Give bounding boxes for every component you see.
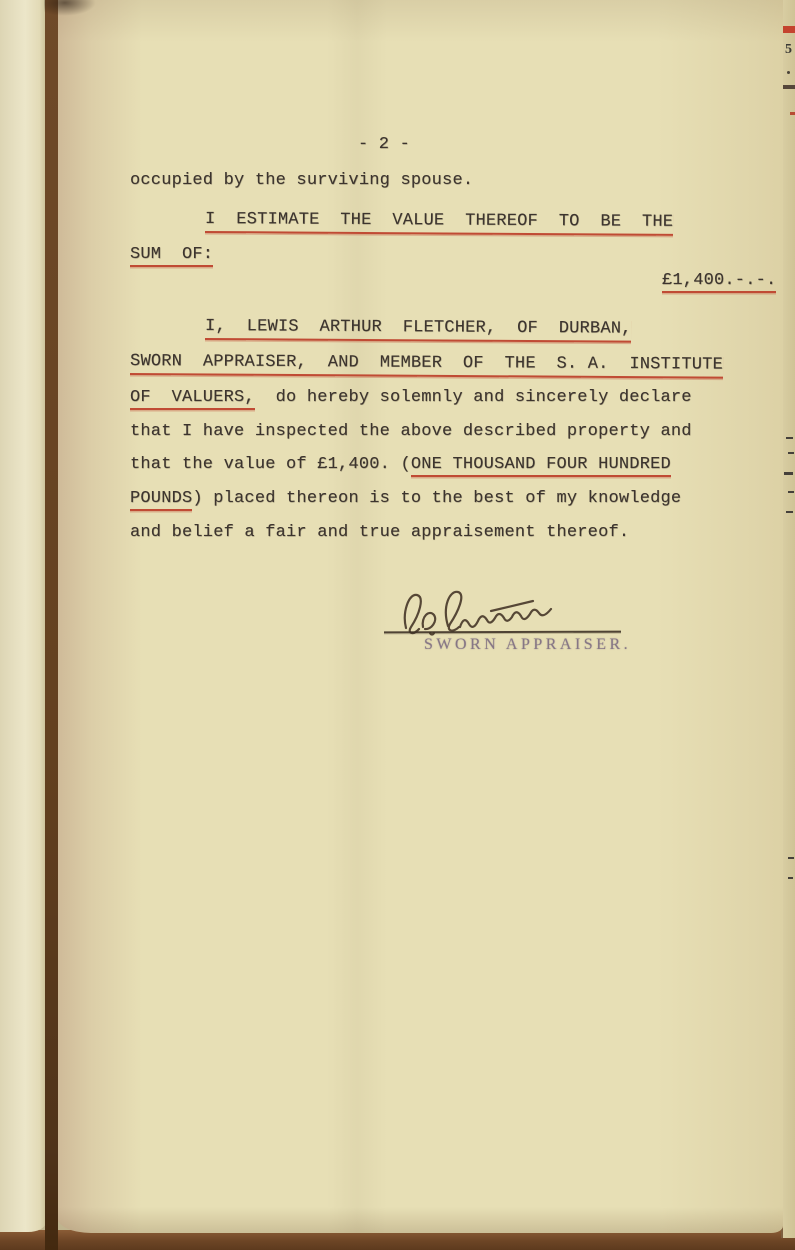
edge-red-dash [790, 112, 795, 115]
edge-text-peek [788, 491, 794, 493]
declaration-line-6-underlined: POUNDS [130, 489, 192, 511]
red-edge-tab [783, 26, 795, 33]
edge-text-peek [784, 472, 793, 475]
sworn-appraiser-stamp: SWORN APPRAISER. [424, 636, 631, 654]
edge-dot-mark [787, 71, 790, 74]
declaration-line-5-underlined: ONE THOUSAND FOUR HUNDRED [411, 455, 671, 477]
amount-text: £1,400.-.-. [662, 271, 776, 293]
estimate-heading-text: I ESTIMATE THE VALUE THEREOF TO BE THE [205, 210, 673, 236]
declaration-line-3-rest: do hereby solemnly and sincerely declare [255, 388, 692, 407]
declaration-line-1-text: I, LEWIS ARTHUR FLETCHER, OF DURBAN, [205, 317, 632, 343]
declaration-line-5-plain: that the value of £1,400. ( [130, 455, 411, 474]
declaration-line-6: POUNDS) placed thereon is to the best of… [130, 489, 681, 509]
declaration-line-2-text: SWORN APPRAISER, AND MEMBER OF THE S. A.… [130, 352, 723, 379]
binding-strip [45, 0, 58, 1250]
edge-page-number: 5 [783, 42, 794, 58]
declaration-line-2: SWORN APPRAISER, AND MEMBER OF THE S. A.… [130, 352, 723, 375]
previous-page-edge [0, 0, 46, 1232]
edge-text-peek [788, 452, 794, 454]
estimate-heading: I ESTIMATE THE VALUE THEREOF TO BE THE [205, 210, 673, 233]
declaration-line-1: I, LEWIS ARTHUR FLETCHER, OF DURBAN, [205, 317, 631, 340]
declaration-line-5: that the value of £1,400. (ONE THOUSAND … [130, 455, 671, 475]
scanned-document-page: 5 - 2 - occupied by the surviving spouse… [0, 0, 795, 1250]
amount-line: £1,400.-.-. [662, 271, 776, 291]
declaration-line-4: that I have inspected the above describe… [130, 422, 692, 442]
sum-of-line: SUM OF: [130, 245, 213, 265]
declaration-line-6-rest: ) placed thereon is to the best of my kn… [192, 489, 681, 508]
edge-text-peek [788, 857, 794, 859]
declaration-line-3-underlined: OF VALUERS, [130, 388, 255, 410]
next-page-edge-strip: 5 [781, 0, 795, 1238]
sum-of-text: SUM OF: [130, 245, 213, 267]
declaration-line-7: and belief a fair and true appraisement … [130, 523, 629, 543]
binding-shadow-smudge [44, 0, 96, 16]
edge-text-peek [786, 511, 793, 513]
page-number: - 2 - [358, 135, 410, 155]
edge-text-peek [788, 877, 793, 879]
edge-text-peek [786, 437, 793, 439]
intro-line: occupied by the surviving spouse. [130, 171, 473, 191]
edge-dark-bar [783, 85, 795, 89]
declaration-line-3: OF VALUERS, do hereby solemnly and since… [130, 388, 692, 408]
book-bottom-edge [0, 1230, 795, 1250]
